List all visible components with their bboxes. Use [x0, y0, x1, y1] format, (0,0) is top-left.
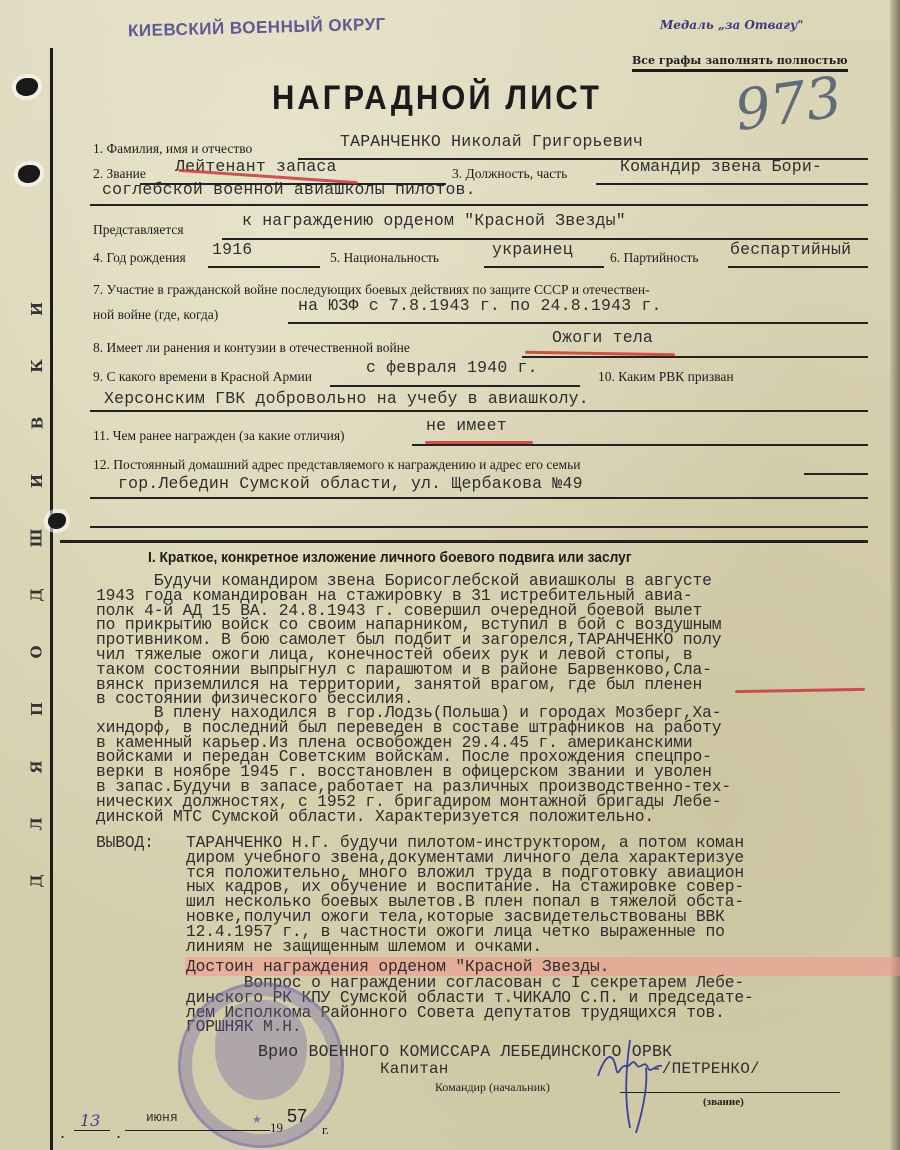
field-5-label: 5. Национальность: [330, 250, 439, 266]
handwritten-number: 973: [731, 65, 846, 144]
date-year-prefix: 19: [270, 1120, 283, 1136]
field-10-line: [90, 410, 868, 412]
field-8-line: [522, 356, 868, 358]
section-divider: [60, 540, 868, 543]
field-1-value: ТАРАНЧЕНКО Николай Григорьевич: [340, 132, 643, 151]
red-pencil-mark: [425, 441, 533, 444]
field-10-value: Херсонским ГВК добровольно на учебу в ав…: [104, 389, 589, 408]
handwritten-signature: [590, 1028, 670, 1138]
rank-caption: (звание): [703, 1096, 744, 1108]
field-3-line: [596, 183, 868, 185]
district-stamp: КИЕВСКИЙ ВОЕННЫЙ ОКРУГ: [128, 15, 386, 42]
page-edge-shadow: [890, 0, 900, 1150]
field-8-label: 8. Имеет ли ранения и контузии в отечест…: [93, 340, 410, 356]
binding-margin-label: Д Л Я П О Д Ш И В К И: [22, 300, 52, 890]
field-4-line: [208, 266, 320, 268]
document-title: НАГРАДНОЙ ЛИСТ: [272, 78, 602, 118]
commander-label: Командир (начальник): [435, 1080, 550, 1095]
field-12-label: 12. Постоянный домашний адрес представля…: [93, 457, 580, 473]
seal-star-icon: ★: [252, 1113, 262, 1126]
field-11-label: 11. Чем ранее награжден (за какие отличи…: [93, 428, 345, 444]
conclusion-text: ТАРАНЧЕНКО Н.Г. будучи пилотом-инструкто…: [186, 836, 886, 954]
field-6-line: [728, 266, 868, 268]
field-4-value: 1916: [212, 240, 252, 259]
presented-label: Представляется: [93, 222, 184, 238]
field-6-label: 6. Партийность: [610, 250, 699, 266]
field-4-label: 4. Год рождения: [93, 250, 186, 266]
field-11-line: [412, 444, 868, 446]
field-7-value: на ЮЗФ с 7.8.1943 г. по 24.8.1943 г.: [298, 296, 662, 315]
field-5-value: украинец: [492, 240, 573, 259]
field-6-value: беспартийный: [730, 240, 851, 259]
date-year-suffix: 57: [287, 1106, 307, 1127]
conclusion-label: ВЫВОД:: [96, 836, 186, 851]
field-9-line: [330, 385, 580, 387]
date-dot: .: [116, 1122, 121, 1143]
date-day-line: [74, 1130, 110, 1131]
date-dot: .: [60, 1122, 65, 1143]
field-5-line: [484, 266, 604, 268]
date-day: 13: [80, 1111, 100, 1130]
field-7-line: [288, 322, 868, 324]
punch-hole-icon: [16, 78, 38, 96]
field-1-label: 1. Фамилия, имя и отчество: [93, 141, 252, 157]
field-3-line-cont: [90, 204, 868, 206]
signatory-rank: Капитан: [380, 1060, 449, 1078]
field-7-label-cont: ной войне (где, когда): [93, 307, 218, 323]
field-8-value: Ожоги тела: [552, 328, 653, 347]
narrative-paragraph-2: В плену находился в гор.Лодзь(Польша) и …: [96, 706, 876, 824]
field-3-value-cont: соглебской военной авиашколы пилотов.: [102, 180, 476, 199]
field-11-value: не имеет: [426, 416, 507, 435]
punch-hole-icon: [18, 165, 40, 183]
date-month: июня: [146, 1110, 178, 1125]
medal-note: Медаль „за Отвагу": [660, 18, 803, 32]
field-3-value: Командир звена Бори-: [620, 157, 822, 176]
date-month-line: [125, 1130, 270, 1131]
presented-value: к награждению орденом "Красной Звезды": [242, 211, 626, 230]
date-year-end: г.: [322, 1122, 329, 1138]
blank-line: [90, 526, 868, 528]
field-10-label: 10. Каким РВК призван: [598, 369, 734, 385]
section-heading: I. Краткое, конкретное изложение личного…: [148, 550, 632, 566]
field-9-value: с февраля 1940 г.: [366, 358, 538, 377]
field-12-line: [804, 473, 868, 475]
field-12-line-cont: [90, 497, 868, 499]
field-12-value: гор.Лебедин Сумской области, ул. Щербако…: [118, 474, 583, 493]
narrative-paragraph-1: Будучи командиром звена Борисоглебской а…: [96, 574, 876, 707]
field-9-label: 9. С какого времени в Красной Армии: [93, 369, 312, 385]
